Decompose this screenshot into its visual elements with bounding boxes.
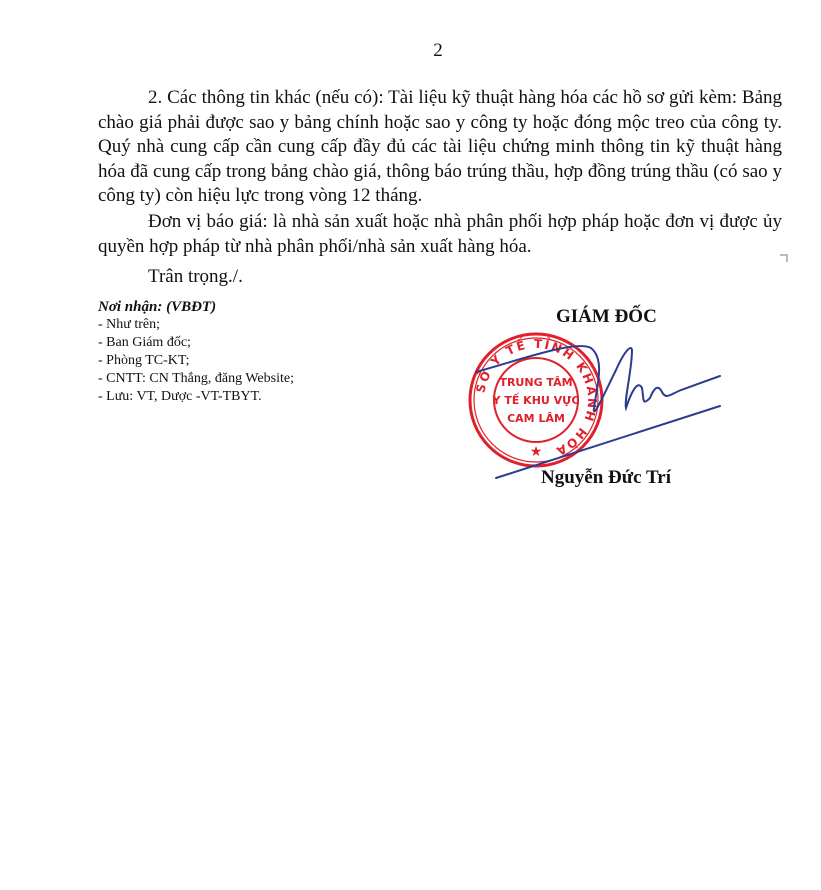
recipient-item: - Ban Giám đốc; <box>98 334 294 352</box>
paragraph-quoting-unit: Đơn vị báo giá: là nhà sản xuất hoặc nhà… <box>98 210 782 259</box>
recipient-item: - Lưu: VT, Dược -VT-TBYT. <box>98 388 294 406</box>
signer-title: GIÁM ĐỐC <box>556 306 657 328</box>
corner-mark-icon <box>780 254 788 262</box>
signer-name: Nguyễn Đức Trí <box>541 467 671 489</box>
page-number: 2 <box>0 40 821 62</box>
paragraph-closing: Trân trọng./. <box>148 265 243 290</box>
recipient-item: - Như trên; <box>98 316 294 334</box>
recipient-item: - CNTT: CN Thắng, đăng Website; <box>98 370 294 388</box>
recipients-heading: Nơi nhận: (VBĐT) <box>98 298 294 316</box>
recipient-item: - Phòng TC-KT; <box>98 352 294 370</box>
paragraph-other-info: 2. Các thông tin khác (nếu có): Tài liệu… <box>98 86 782 209</box>
recipients-block: Nơi nhận: (VBĐT) - Như trên; - Ban Giám … <box>98 298 294 406</box>
